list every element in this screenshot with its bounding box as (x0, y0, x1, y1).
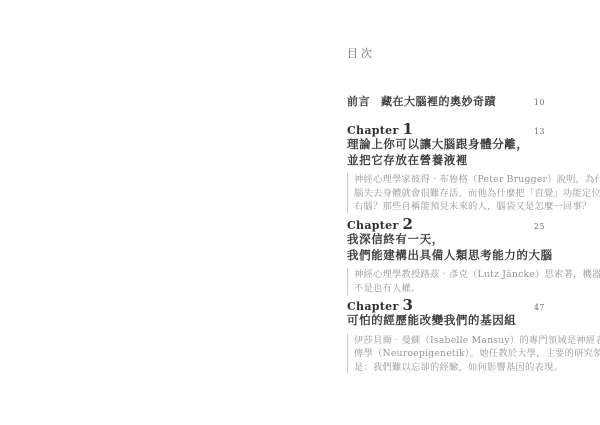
chapter-title-line: 理論上你可以讓大腦跟身體分離， (347, 137, 545, 153)
chapter-number: 2 (403, 215, 413, 233)
book-toc-page: 目次 前言 藏在大腦裡的奧妙奇蹟 10 Chapter 1 13 理論上你可以讓… (0, 0, 600, 425)
chapter-description: 神經心理學家彼得‧布魯格（Peter Brugger）說明，為什麼大 腦失去身體… (347, 173, 545, 214)
description-line: 神經心理學家彼得‧布魯格（Peter Brugger）說明，為什麼大 (354, 173, 545, 187)
preface-page-number: 10 (534, 98, 545, 107)
preface-title: 藏在大腦裡的奧妙奇蹟 (381, 93, 496, 109)
chapter-title-line: 我深信終有一天， (347, 232, 545, 248)
chapter-block-3: Chapter 3 47 可怕的經歷能改變我們的基因組 伊莎貝爾‧曼蘇（Isab… (347, 296, 545, 374)
chapter-heading: Chapter 2 25 (347, 215, 545, 232)
description-line: 是：我們難以忘卻的經驗，如何影響基因的表現。 (354, 361, 545, 375)
chapter-number: 3 (403, 296, 413, 314)
description-line: 傳學（Neuroepigenetik）。她任教於大學，主要的研究領域 (354, 347, 545, 361)
preface-label: 前言 (347, 93, 370, 109)
chapter-word: Chapter (347, 219, 399, 232)
chapter-description: 神經心理學教授路茲‧彥克（Lutz Jäncke）思索著，機器人是 不是也有人權… (347, 268, 545, 295)
chapter-heading: Chapter 3 47 (347, 296, 545, 313)
chapter-title-line: 可怕的經歷能改變我們的基因組 (347, 313, 545, 329)
description-line: 右腦？那些自稱能預見未來的人，腦袋又是怎麼一回事？ (354, 200, 545, 214)
chapter-number: 1 (403, 120, 413, 138)
description-line: 神經心理學教授路茲‧彥克（Lutz Jäncke）思索著，機器人是 (354, 268, 545, 282)
toc-heading: 目次 (347, 45, 375, 61)
chapter-page-number: 47 (534, 303, 545, 312)
chapter-block-2: Chapter 2 25 我深信終有一天， 我們能建構出具備人類思考能力的大腦 … (347, 215, 545, 295)
description-line: 伊莎貝爾‧曼蘇（Isabelle Mansuy）的專門領域是神經表觀遺 (354, 334, 545, 348)
chapter-title-line: 並把它存放在營養液裡 (347, 153, 545, 169)
chapter-title-line: 我們能建構出具備人類思考能力的大腦 (347, 248, 545, 264)
preface-row: 前言 藏在大腦裡的奧妙奇蹟 10 (347, 93, 545, 109)
chapter-word: Chapter (347, 124, 399, 137)
chapter-page-number: 25 (534, 222, 545, 231)
description-line: 腦失去身體就會很難存活，而他為什麼把「直覺」功能定位在 (354, 187, 545, 201)
chapter-page-number: 13 (534, 127, 545, 136)
chapter-heading: Chapter 1 13 (347, 120, 545, 137)
chapter-block-1: Chapter 1 13 理論上你可以讓大腦跟身體分離， 並把它存放在營養液裡 … (347, 120, 545, 214)
chapter-word: Chapter (347, 300, 399, 313)
description-line: 不是也有人權。 (354, 282, 545, 296)
chapter-description: 伊莎貝爾‧曼蘇（Isabelle Mansuy）的專門領域是神經表觀遺 傳學（N… (347, 334, 545, 375)
